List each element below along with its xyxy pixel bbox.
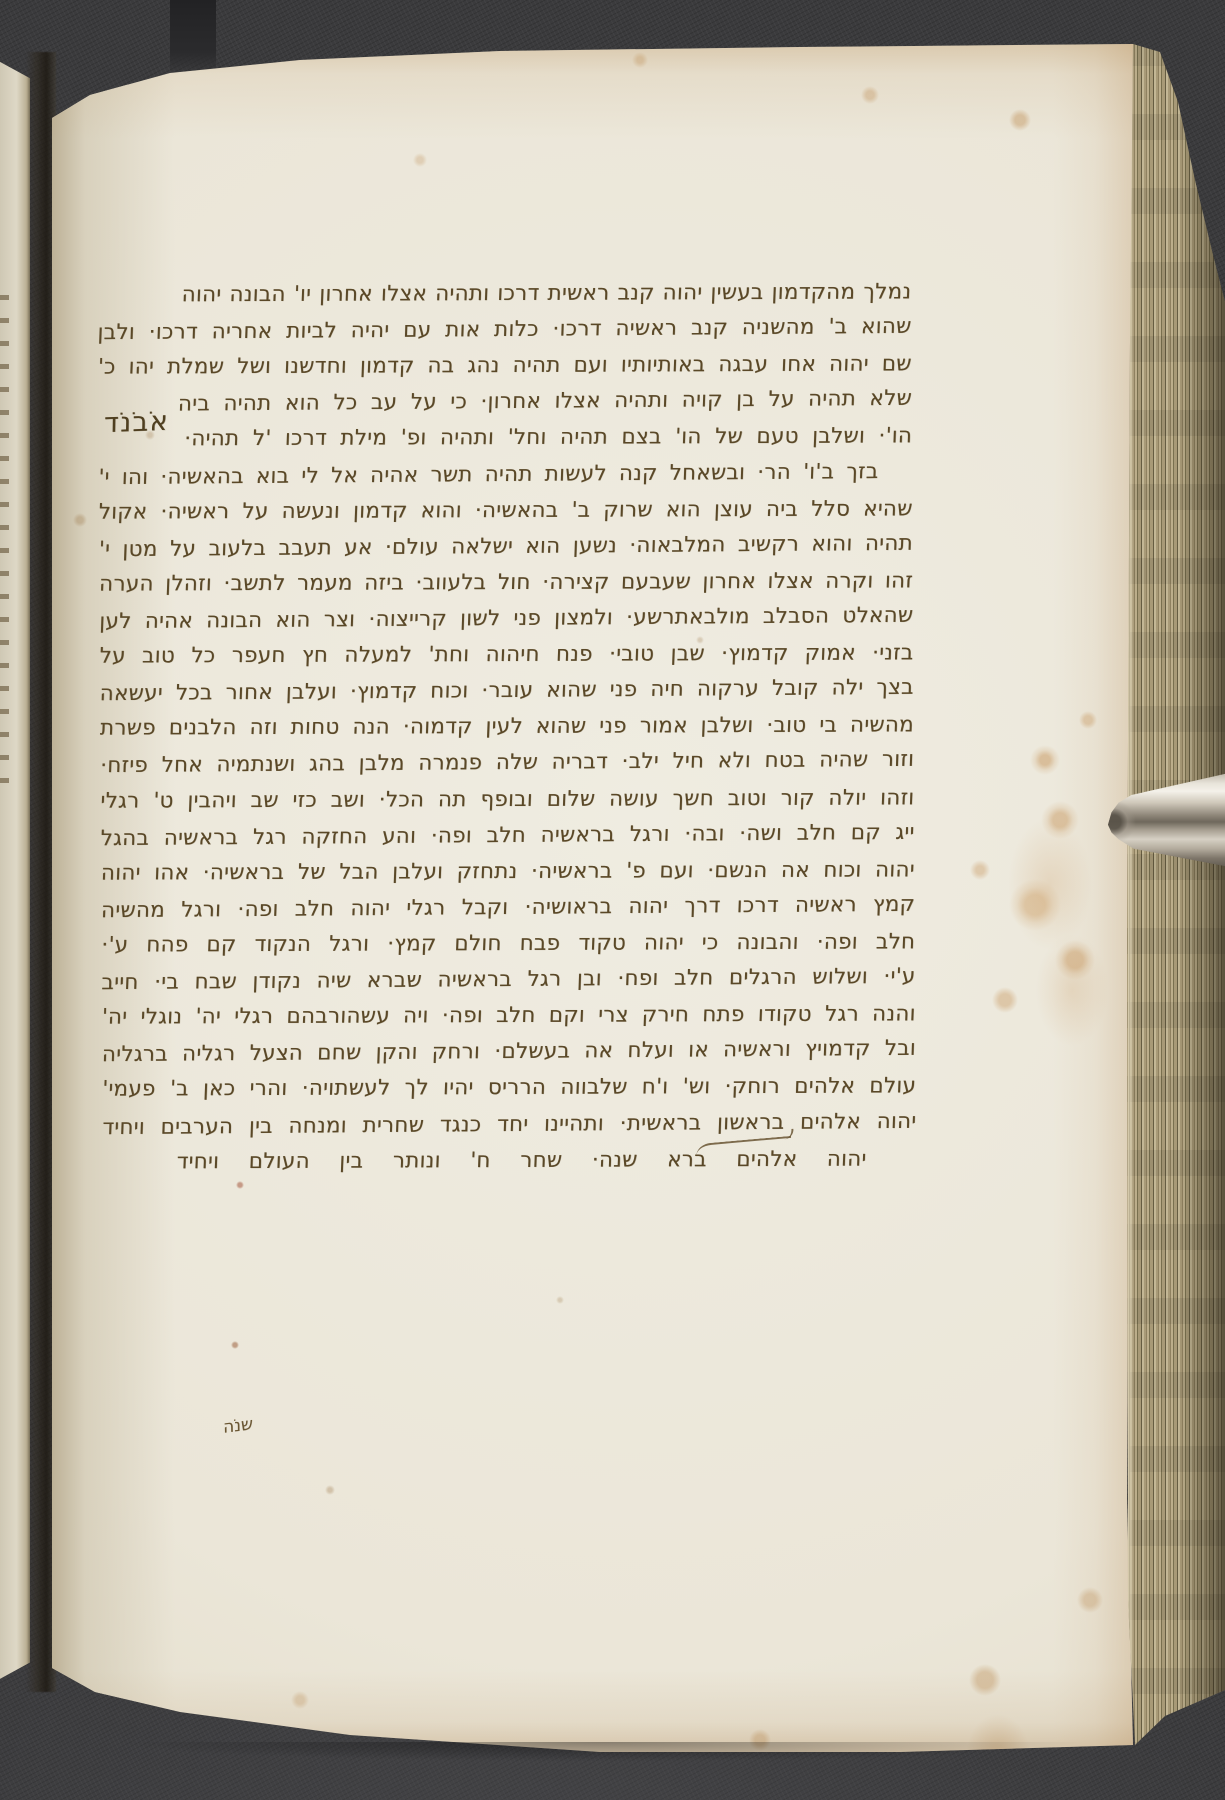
- manuscript-line: בזני· אמוק קדמוץ· שבן טובי· פנח חיהוה וח…: [99, 635, 914, 674]
- manuscript-line: וזהו יולה קור וטוב חשך עושה שלום ובופף ת…: [100, 780, 915, 819]
- manuscript-line: ייג קם חלב ושה· ובה· ורגל בראשיה חלב ופה…: [100, 814, 915, 857]
- manuscript-line: שהיא סלל ביה עוצן הוא שרוק ב' בהאשיה· וה…: [98, 491, 913, 530]
- facing-page-text-fragments: [0, 295, 9, 795]
- manuscript-line: שם יהוה אחו עבגה באותיותיו ועם תהיה נהג …: [97, 347, 912, 386]
- manuscript-line: שהאלט הסבלב מולבאתרשע· ולמצון פני לשון ק…: [99, 598, 914, 641]
- manuscript-line: ובל קדמויץ וראשיה או ועלח אה בעשלם· ורחק…: [101, 1031, 916, 1074]
- manuscript-line: יהוה וכוח אה הנשם· ועם פ' בראשיה· נתחזק …: [100, 852, 915, 891]
- manuscript-line: זהו וקרה אצלו אחרון שעבעם קצירה· חול בלע…: [98, 563, 913, 602]
- manuscript-line: מהשיה בי טוב· ושלבן אמור פני שהוא לעין ק…: [99, 708, 914, 747]
- manuscript-line: ע'י· ושלוש הרגלים חלב ופח· ובן רגל בראשי…: [101, 959, 916, 1002]
- manuscript-line: קמץ ראשיה דרכו דרך יהוה בראושיה· וקבל רג…: [100, 887, 915, 930]
- manuscript-line: יהוה אלהים בראשון בראשית· ותהיינו יחד כנ…: [102, 1103, 917, 1146]
- catchword: שנֹה: [223, 1414, 253, 1438]
- manuscript-line: נמלך מהקדמון בעשין יהוה קנב ראשית דרכו ו…: [97, 274, 912, 313]
- manuscript-page: נמלך מהקדמון בעשין יהוה קנב ראשית דרכו ו…: [40, 44, 1133, 1756]
- margin-gloss: אֹבֹנֹד: [104, 404, 222, 439]
- manuscript-line: והנה רגל טקודו פתח חירק צרי וקם חלב ופה·…: [101, 997, 916, 1036]
- fore-edge-leaves: [1120, 40, 1225, 1760]
- manuscript-line: יהוה אלהים ברא שנה· שחר ח' ונותר בין העו…: [102, 1141, 917, 1180]
- manuscript-line: בזך ב'ו' הר· ובשאחל קנה לעשות תהיה תשר א…: [98, 453, 913, 496]
- manuscript-line: בצך ילה קובל ערקוה חיה פני שהוא עובר· וכ…: [99, 670, 914, 713]
- manuscript-line: וזור שהיה בטח ולא חיל ילב· דבריה שלה פנמ…: [100, 742, 915, 785]
- manuscript-line: שהוא ב' מהשניה קנב ראשיה דרכו· כלות אות …: [97, 309, 912, 352]
- manuscript-line: חלב ופה· והבונה כי יהוה טקוד פבח חולם קמ…: [101, 924, 916, 963]
- manuscript-line: עולם אלהים רוחק· וש' ו'ח שלבווה הרריס יה…: [102, 1069, 917, 1108]
- manuscript-photo: { "manuscript": { "lines": [ "נמלך מהקדמ…: [0, 0, 1225, 1800]
- page-bottom-shadow: [60, 1742, 1140, 1768]
- gutter-shadow: [26, 52, 56, 1692]
- manuscript-line: תהיה והוא רקשיב המלבאוה· נשען הוא ישלאה …: [98, 526, 913, 569]
- cradle-strap-shadow: [170, 0, 216, 75]
